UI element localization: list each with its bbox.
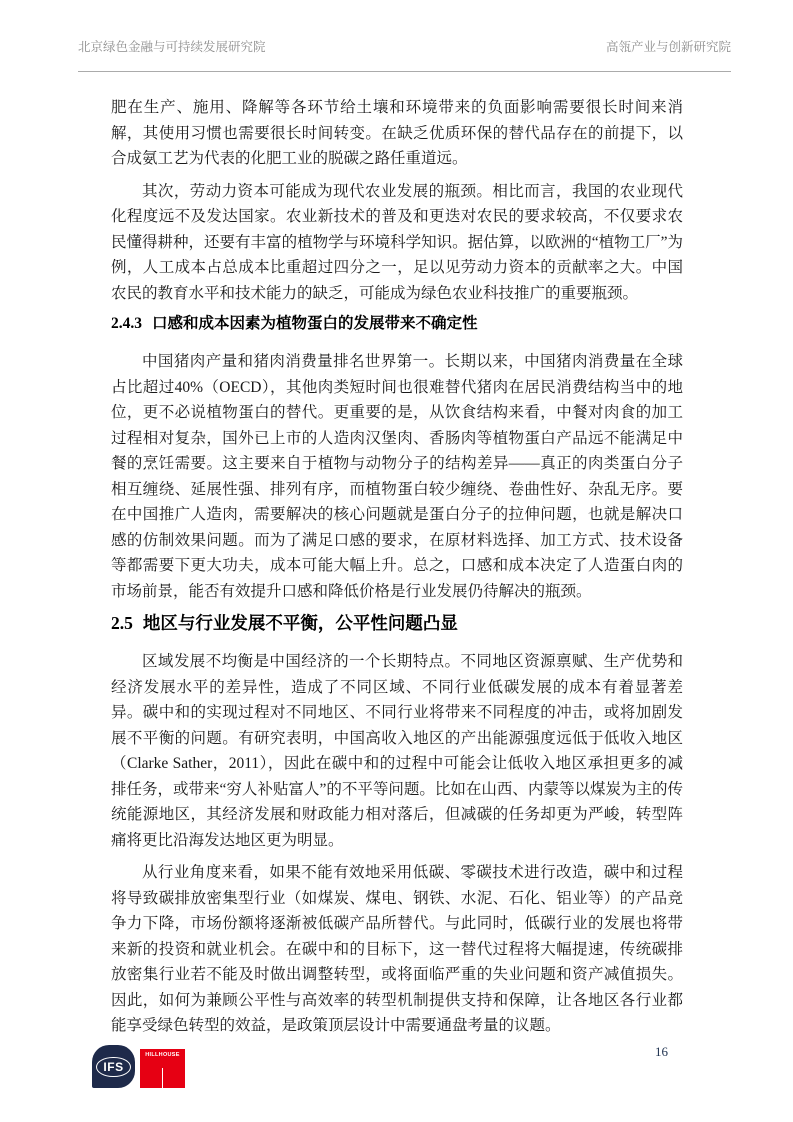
ifs-logo-text: IFS [103, 1060, 123, 1074]
page-header: 北京绿色金融与可持续发展研究院 高瓴产业与创新研究院 [78, 38, 731, 72]
section-heading-2-4-3: 2.4.3口感和成本因素为植物蛋白的发展带来不确定性 [111, 314, 683, 334]
header-right-org: 高瓴产业与创新研究院 [606, 38, 731, 56]
document-body: 肥在生产、施用、降解等各环节给土壤和环境带来的负面影响需要很长时间来消解，其使用… [111, 95, 683, 1046]
paragraph-labor-capital: 其次，劳动力资本可能成为现代农业发展的瓶颈。相比而言，我国的农业现代化程度远不及… [111, 179, 683, 307]
page-number: 16 [655, 1044, 668, 1060]
hillhouse-logo-bar [162, 1068, 164, 1088]
section-number: 2.4.3 [111, 315, 142, 332]
header-left-org: 北京绿色金融与可持续发展研究院 [78, 38, 266, 56]
paragraph-pork-plant-protein: 中国猪肉产量和猪肉消费量排名世界第一。长期以来，中国猪肉消费量在全球占比超过40… [111, 349, 683, 604]
paragraph-industry-transition: 从行业角度来看，如果不能有效地采用低碳、零碳技术进行改造，碳中和过程将导致碳排放… [111, 860, 683, 1039]
paragraph-fertilizer-continuation: 肥在生产、施用、降解等各环节给土壤和环境带来的负面影响需要很长时间来消解，其使用… [111, 95, 683, 172]
document-page: 北京绿色金融与可持续发展研究院 高瓴产业与创新研究院 肥在生产、施用、降解等各环… [0, 0, 793, 1122]
section-heading-2-5: 2.5地区与行业发展不平衡，公平性问题凸显 [111, 611, 683, 635]
hillhouse-logo-text: HILLHOUSE [145, 1052, 179, 1059]
footer-logos: IFS HILLHOUSE [92, 1045, 185, 1088]
hillhouse-logo: HILLHOUSE [140, 1049, 185, 1088]
section-title: 地区与行业发展不平衡，公平性问题凸显 [143, 613, 458, 633]
paragraph-regional-imbalance: 区域发展不均衡是中国经济的一个长期特点。不同地区资源禀赋、生产优势和经济发展水平… [111, 649, 683, 853]
ifs-logo-ring: IFS [96, 1057, 130, 1077]
ifs-logo: IFS [92, 1045, 135, 1088]
section-number: 2.5 [111, 613, 133, 633]
section-title: 口感和成本因素为植物蛋白的发展带来不确定性 [152, 315, 478, 332]
